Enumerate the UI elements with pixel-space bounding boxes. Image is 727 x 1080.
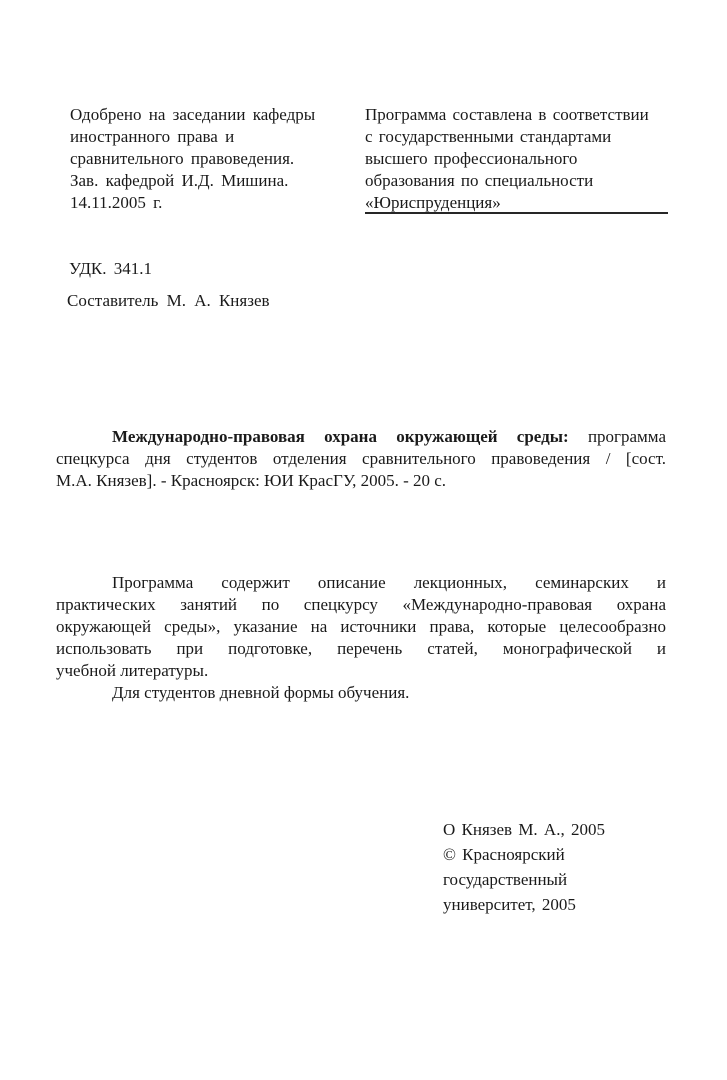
annotation-line: использовать при подготовке, перечень ст…	[56, 638, 666, 660]
standards-line: высшего профессионального	[365, 148, 668, 170]
biblio-lead-rest: программа	[588, 427, 666, 446]
annotation-block: Программа содержит описание лекционных, …	[56, 572, 666, 704]
standards-line: с государственными стандартами	[365, 126, 668, 148]
copyright-university-line: © Красноярский	[443, 842, 605, 867]
udc-code: УДК. 341.1	[69, 258, 152, 280]
annotation-line: учебной литературы.	[56, 660, 666, 682]
standards-line: Программа составлена в соответствии	[365, 104, 668, 126]
approval-line: Зав. кафедрой И.Д. Мишина.	[70, 170, 365, 192]
copyright-block: О Князев М. А., 2005 © Красноярский госу…	[443, 817, 605, 917]
standards-block: Программа составлена в соответствии с го…	[365, 104, 668, 214]
annotation-line: Программа содержит описание лекционных, …	[56, 572, 666, 594]
bibliographic-record: Международно-правовая охрана окружающей …	[56, 426, 666, 492]
copyright-university-line: государственный	[443, 867, 605, 892]
biblio-title-bold: Международно-правовая охрана окружающей …	[112, 427, 569, 446]
audience-line: Для студентов дневной формы обучения.	[56, 682, 666, 704]
approval-date: 14.11.2005 г.	[70, 192, 365, 214]
approval-line: иностранного права и	[70, 126, 365, 148]
copyright-author: О Князев М. А., 2005	[443, 817, 605, 842]
document-page: Одобрено на заседании кафедры иностранно…	[0, 0, 727, 1080]
annotation-line: окружающей среды», указание на источники…	[56, 616, 666, 638]
copyright-university-line: университет, 2005	[443, 892, 605, 917]
approval-block: Одобрено на заседании кафедры иностранно…	[70, 104, 365, 214]
approval-line: сравнительного правоведения.	[70, 148, 365, 170]
specialty-underlined-line: «Юриспруденция»	[365, 192, 668, 214]
biblio-line: спецкурса дня студентов отделения сравни…	[56, 448, 666, 470]
standards-line: образования по специальности	[365, 170, 668, 192]
approval-line: Одобрено на заседании кафедры	[70, 104, 365, 126]
biblio-lead-line: Международно-правовая охрана окружающей …	[56, 426, 666, 448]
compiler-line: Составитель М. А. Князев	[67, 290, 270, 312]
annotation-line: практических занятий по спецкурсу «Между…	[56, 594, 666, 616]
biblio-line: М.А. Князев]. - Красноярск: ЮИ КрасГУ, 2…	[56, 470, 666, 492]
